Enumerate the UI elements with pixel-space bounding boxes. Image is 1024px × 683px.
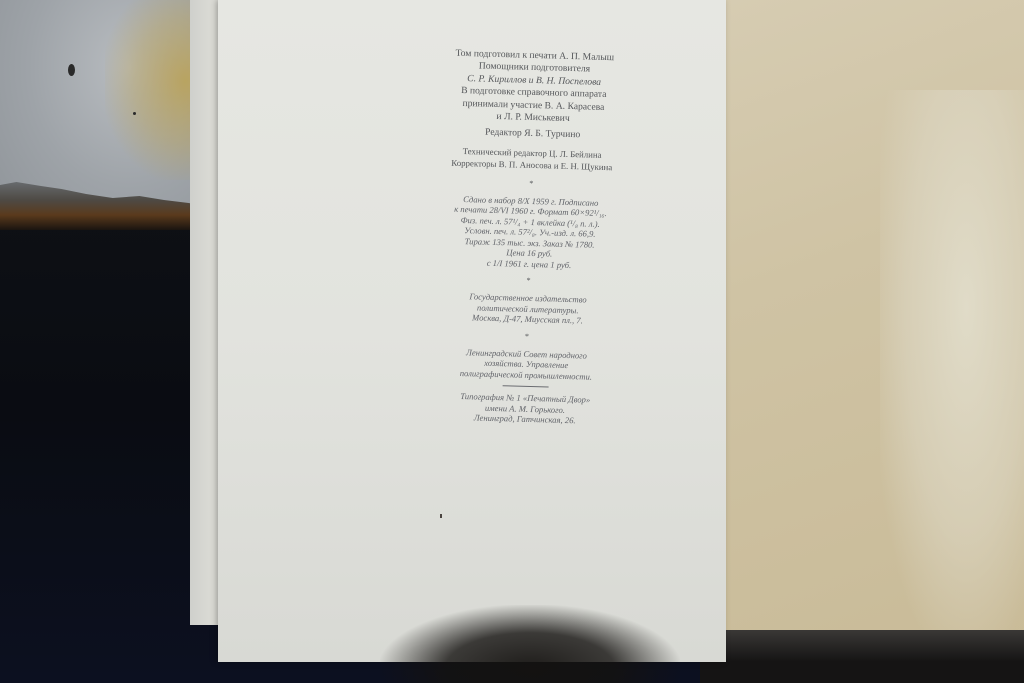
editor-line: Редактор Я. Б. Турчино: [398, 125, 668, 145]
cover-spot: [68, 64, 75, 76]
imprint-text: Том подготовил к печати А. П. Малыш Помо…: [389, 46, 670, 434]
cover-spot: [133, 112, 136, 115]
staff-block: Технический редактор Ц. Л. Бейлина Корре…: [397, 143, 668, 175]
separator-star: *: [396, 174, 666, 194]
book-photo: Том подготовил к печати А. П. Малыш Помо…: [0, 0, 1024, 683]
separator-star: *: [392, 327, 662, 347]
printer-block: Типография № 1 «Печатный Двор» имени А. …: [390, 389, 661, 428]
print-details-block: Сдано в набор 8/X 1959 г. Подписано к пе…: [394, 192, 666, 272]
page-speck: [440, 514, 442, 518]
credits-block: Том подготовил к печати А. П. Малыш Помо…: [398, 46, 670, 144]
divider-rule: [503, 385, 549, 387]
right-page-water-stain: [880, 90, 1024, 635]
publisher-block: Государственное издательство политическо…: [392, 289, 663, 328]
council-block: Ленинградский Совет народного хозяйства.…: [391, 345, 662, 384]
finger-shadow: [380, 605, 680, 683]
separator-star: *: [393, 271, 663, 291]
bottom-shadow: [700, 630, 1024, 683]
